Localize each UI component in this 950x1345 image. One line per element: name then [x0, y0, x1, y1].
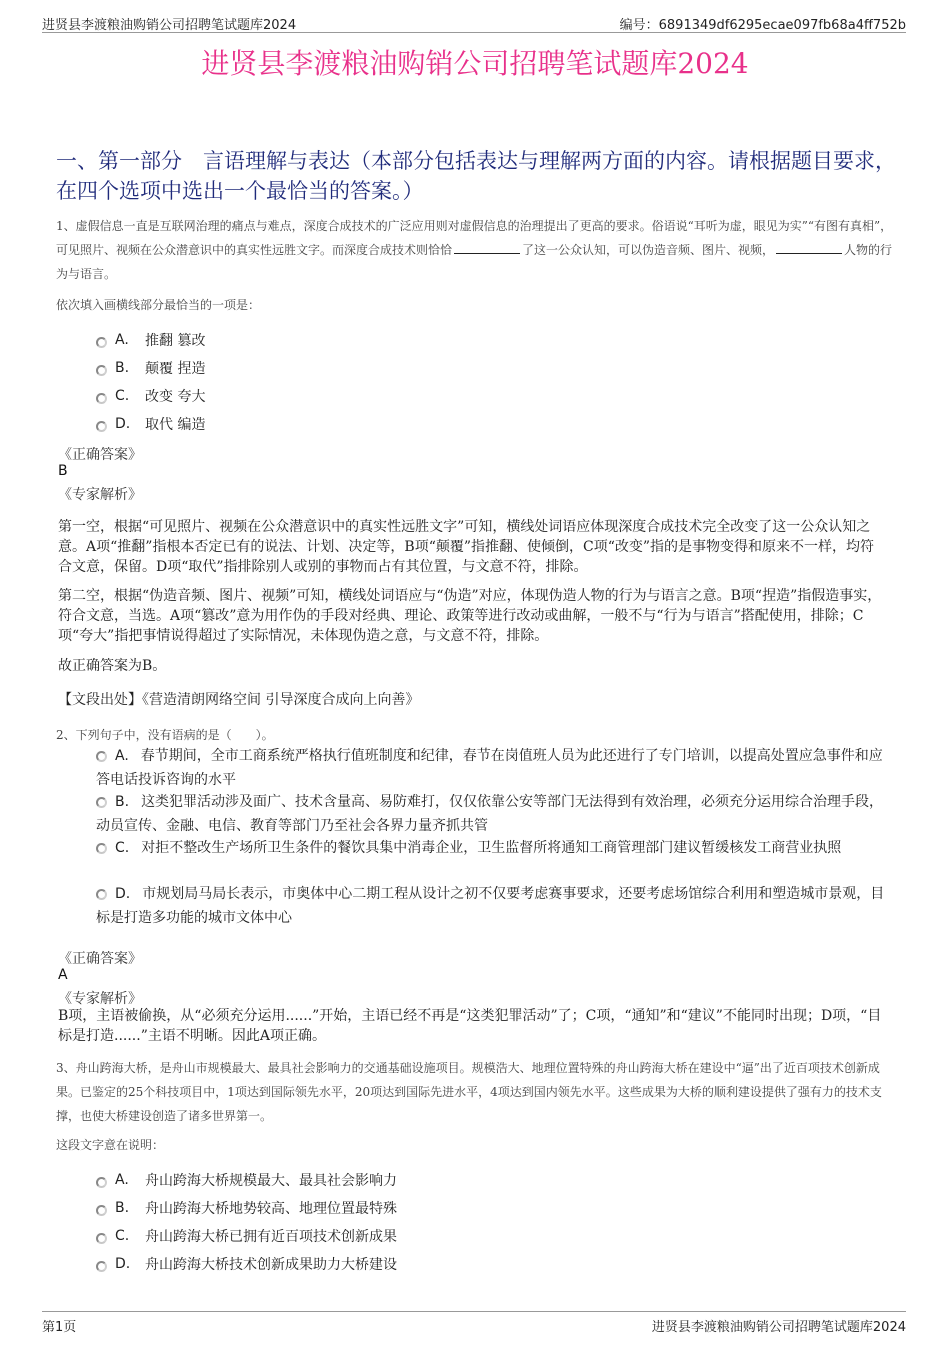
option-letter: D.: [115, 416, 145, 432]
q1-analysis-conclusion: 故正确答案为B。: [58, 656, 888, 676]
q1-option-c[interactable]: C. 改变 夸大: [96, 386, 205, 406]
radio-icon[interactable]: [96, 1261, 107, 1272]
option-letter: D.: [115, 886, 130, 902]
page-number: 第1页: [42, 1316, 76, 1335]
option-letter: A.: [115, 1172, 145, 1188]
stem-text: 了这一公众认知，可以伪造音频、图片、视频，: [522, 243, 774, 257]
radio-icon[interactable]: [96, 889, 107, 900]
option-letter: B.: [115, 1200, 145, 1216]
option-text: 舟山跨海大桥技术创新成果助力大桥建设: [145, 1254, 397, 1274]
option-letter: D.: [115, 1256, 145, 1272]
radio-icon[interactable]: [96, 751, 107, 762]
q1-analysis-label: 《专家解析》: [58, 484, 142, 504]
page-footer: 第1页 进贤县李渡粮油购销公司招聘笔试题库2024: [42, 1311, 906, 1334]
q1-option-d[interactable]: D. 取代 编造: [96, 414, 205, 434]
question-3-prompt: 这段文字意在说明：: [56, 1136, 164, 1153]
header-doc-title: 进贤县李渡粮油购销公司招聘笔试题库2024: [42, 14, 296, 33]
radio-icon[interactable]: [96, 1177, 107, 1188]
page-title: 进贤县李渡粮油购销公司招聘笔试题库2024: [0, 42, 950, 82]
q1-source: 【文段出处】《营造清朗网络空间 引导深度合成向上向善》: [58, 690, 888, 710]
q2-answer: A: [58, 967, 68, 983]
code-value: 6891349df6295ecae097fb68a4ff752b: [659, 18, 906, 33]
radio-icon[interactable]: [96, 337, 107, 348]
q1-option-a[interactable]: A. 推翻 篡改: [96, 330, 205, 350]
option-letter: C.: [115, 388, 145, 404]
header-doc-code: 编号：6891349df6295ecae097fb68a4ff752b: [620, 14, 906, 33]
footer-doc-title: 进贤县李渡粮油购销公司招聘笔试题库2024: [652, 1316, 906, 1335]
option-text: 颠覆 捏造: [145, 358, 205, 378]
q2-option-b[interactable]: B.这类犯罪活动涉及面广、技术含量高、易防难打，仅仅依靠公安等部门无法得到有效治…: [96, 790, 892, 838]
q3-option-c[interactable]: C. 舟山跨海大桥已拥有近百项技术创新成果: [96, 1226, 397, 1246]
q1-analysis-para-2: 第二空，根据“伪造音频、图片、视频”可知，横线处词语应与“伪造”对应，体现伪造人…: [58, 586, 888, 646]
q2-option-d[interactable]: D.市规划局马局长表示，市奥体中心二期工程从设计之初不仅要考虑赛事要求，还要考虑…: [96, 882, 892, 930]
q3-option-a[interactable]: A. 舟山跨海大桥规模最大、最具社会影响力: [96, 1170, 397, 1190]
radio-icon[interactable]: [96, 1233, 107, 1244]
q2-analysis: B项，主语被偷换，从“必须充分运用......”开始，主语已经不再是“这类犯罪活…: [58, 1006, 888, 1046]
option-text: 改变 夸大: [145, 386, 205, 406]
option-letter: A.: [115, 332, 145, 348]
option-text: 舟山跨海大桥已拥有近百项技术创新成果: [145, 1226, 397, 1246]
option-letter: B.: [115, 794, 129, 810]
q1-answer-label: 《正确答案》: [58, 444, 142, 464]
q2-analysis-label: 《专家解析》: [58, 988, 142, 1008]
q2-option-c[interactable]: C.对拒不整改生产场所卫生条件的餐饮具集中消毒企业，卫生监督所将通知工商管理部门…: [96, 836, 892, 860]
option-text: 春节期间，全市工商系统严格执行值班制度和纪律，春节在岗值班人员为此还进行了专门培…: [96, 748, 883, 788]
q3-option-b[interactable]: B. 舟山跨海大桥地势较高、地理位置最特殊: [96, 1198, 397, 1218]
option-letter: B.: [115, 360, 145, 376]
radio-icon[interactable]: [96, 421, 107, 432]
option-text: 推翻 篡改: [145, 330, 205, 350]
option-text: 对拒不整改生产场所卫生条件的餐饮具集中消毒企业，卫生监督所将通知工商管理部门建议…: [141, 840, 841, 856]
radio-icon[interactable]: [96, 365, 107, 376]
question-1-prompt: 依次填入画横线部分最恰当的一项是：: [56, 296, 260, 313]
radio-icon[interactable]: [96, 393, 107, 404]
q2-option-a[interactable]: A.春节期间，全市工商系统严格执行值班制度和纪律，春节在岗值班人员为此还进行了专…: [96, 744, 892, 792]
option-text: 取代 编造: [145, 414, 205, 434]
q1-answer: B: [58, 463, 68, 479]
q1-option-b[interactable]: B. 颠覆 捏造: [96, 358, 205, 378]
radio-icon[interactable]: [96, 843, 107, 854]
option-text: 市规划局马局长表示，市奥体中心二期工程从设计之初不仅要考虑赛事要求，还要考虑场馆…: [96, 886, 884, 926]
option-letter: C.: [115, 840, 129, 856]
option-text: 舟山跨海大桥规模最大、最具社会影响力: [145, 1170, 397, 1190]
section-heading: 一、第一部分 言语理解与表达（本部分包括表达与理解两方面的内容。请根据题目要求，…: [56, 146, 896, 206]
question-3-stem: 3、舟山跨海大桥，是舟山市规模最大、最具社会影响力的交通基础设施项目。规模浩大、…: [56, 1056, 898, 1128]
code-label: 编号：: [620, 18, 659, 33]
q1-analysis-para-1: 第一空，根据“可见照片、视频在公众潜意识中的真实性远胜文字”可知，横线处词语应体…: [58, 517, 888, 577]
option-text: 这类犯罪活动涉及面广、技术含量高、易防难打，仅仅依靠公安等部门无法得到有效治理，…: [96, 794, 883, 834]
page-header: 进贤县李渡粮油购销公司招聘笔试题库2024 编号：6891349df6295ec…: [42, 12, 906, 33]
q3-option-d[interactable]: D. 舟山跨海大桥技术创新成果助力大桥建设: [96, 1254, 397, 1274]
fill-blank-1: [454, 239, 520, 254]
q2-answer-label: 《正确答案》: [58, 948, 142, 968]
option-letter: C.: [115, 1228, 145, 1244]
radio-icon[interactable]: [96, 797, 107, 808]
question-1-stem: 1、虚假信息一直是互联网治理的痛点与难点，深度合成技术的广泛应用则对虚假信息的治…: [56, 214, 898, 286]
option-letter: A.: [115, 748, 129, 764]
question-2-stem: 2、下列句子中，没有语病的是（ ）。: [56, 726, 274, 743]
radio-icon[interactable]: [96, 1205, 107, 1216]
fill-blank-2: [776, 239, 842, 254]
option-text: 舟山跨海大桥地势较高、地理位置最特殊: [145, 1198, 397, 1218]
